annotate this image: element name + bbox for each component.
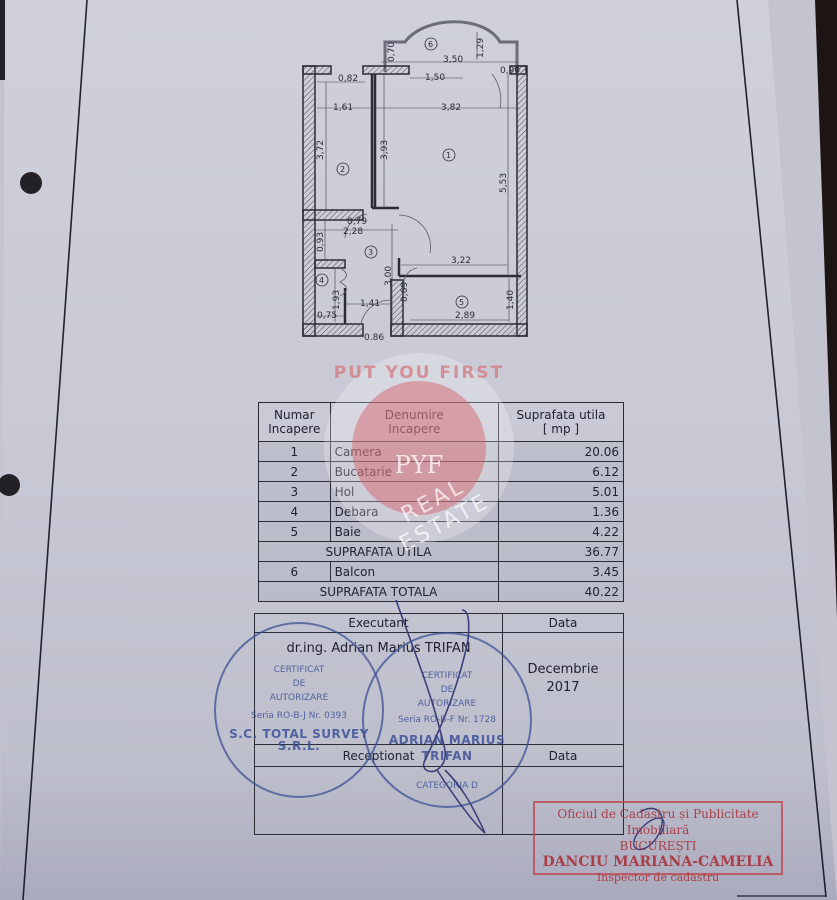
cell-area: 6.12 bbox=[498, 462, 623, 482]
table-row: 5 Baie 4.22 bbox=[259, 522, 624, 542]
subtotal-label: SUPRAFATA UTILA bbox=[259, 542, 499, 562]
dim-room-partial: 3,93 bbox=[380, 140, 390, 160]
dim-balcony-depth: 1,29 bbox=[476, 38, 486, 58]
cell-num: 5 bbox=[259, 522, 331, 542]
room-label-4: 4 bbox=[319, 276, 324, 285]
total-label: SUPRAFATA TOTALA bbox=[259, 582, 499, 602]
cell-name: Debara bbox=[330, 502, 498, 522]
dim-bath-length: 1,40 bbox=[506, 290, 516, 310]
ocpi-inspector-title: Inspector de cadastru bbox=[535, 870, 781, 886]
partitions bbox=[345, 74, 521, 324]
door-swings bbox=[340, 74, 501, 324]
header-room-area: Suprafata utila[ mp ] bbox=[498, 403, 623, 442]
room-label-2: 2 bbox=[340, 165, 345, 174]
table-row: 3 Hol 5.01 bbox=[259, 482, 624, 502]
dim-bath-top: 3,22 bbox=[451, 256, 471, 266]
cell-num: 4 bbox=[259, 502, 331, 522]
cell-area: 1.36 bbox=[498, 502, 623, 522]
cell-num: 1 bbox=[259, 442, 331, 462]
table-row: 2 Bucatarie 6.12 bbox=[259, 462, 624, 482]
dim-balcony-width: 3,50 bbox=[443, 55, 463, 65]
punch-hole-top bbox=[20, 172, 42, 194]
dim-bath-door: 0,69 bbox=[400, 282, 410, 302]
total-value: 40.22 bbox=[498, 582, 623, 602]
header-room-name: DenumireIncapere bbox=[330, 403, 498, 442]
dim-kitchen-width: 1,61 bbox=[333, 103, 353, 113]
room-label-3: 3 bbox=[368, 248, 373, 257]
cell-area: 5.01 bbox=[498, 482, 623, 502]
cell-area: 4.22 bbox=[498, 522, 623, 542]
dim-door-balcony: 0,90 bbox=[500, 66, 520, 76]
dim-hall-niche: 0,93 bbox=[316, 232, 326, 252]
ocpi-city: BUCUREȘTI bbox=[535, 838, 781, 854]
floor-plan: 0,82 1,50 0,90 3,50 1,61 3,82 3,72 3,93 … bbox=[295, 10, 545, 340]
table-row: 1 Camera 20.06 bbox=[259, 442, 624, 462]
subtotal-row: SUPRAFATA UTILA 36.77 bbox=[259, 542, 624, 562]
cell-name: Baie bbox=[330, 522, 498, 542]
date-label-executant: Data bbox=[503, 614, 624, 633]
total-row: SUPRAFATA TOTALA 40.22 bbox=[259, 582, 624, 602]
surveyor-stamp: CERTIFICAT DE AUTORIZARE Seria RO-B-F Nr… bbox=[362, 632, 532, 808]
cell-num: 2 bbox=[259, 462, 331, 482]
dim-hall-width: 2,28 bbox=[343, 227, 363, 237]
cell-area: 3.45 bbox=[498, 562, 623, 582]
ocpi-stamp: Oficiul de Cadastru și Publicitate Imobi… bbox=[533, 801, 783, 875]
dim-hall-length: 3,00 bbox=[384, 266, 394, 286]
dim-storage-length: 1,93 bbox=[332, 290, 342, 310]
dim-room-width: 3,82 bbox=[441, 103, 461, 113]
ocpi-office: Oficiul de Cadastru și Publicitate Imobi… bbox=[535, 806, 781, 838]
table-row-balcony: 6 Balcon 3.45 bbox=[259, 562, 624, 582]
dim-kitchen-length: 3,72 bbox=[316, 140, 326, 160]
header-room-number: NumarIncapere bbox=[259, 403, 331, 442]
ocpi-inspector-name: DANCIU MARIANA-CAMELIA bbox=[535, 854, 781, 870]
cell-name: Camera bbox=[330, 442, 498, 462]
room-label-6: 6 bbox=[428, 40, 433, 49]
cell-name: Balcon bbox=[330, 562, 498, 582]
room-label-5: 5 bbox=[459, 298, 464, 307]
dim-storage-width: 0,75 bbox=[317, 311, 337, 321]
dim-hall-bottom: 1,41 bbox=[360, 299, 380, 309]
dim-balcony-side: 0,70 bbox=[387, 42, 397, 62]
dim-kitchen-door: 0,79 bbox=[347, 217, 367, 227]
cell-area: 20.06 bbox=[498, 442, 623, 462]
dim-room-length: 5,53 bbox=[499, 173, 509, 193]
dim-window-kitchen: 0,82 bbox=[338, 74, 358, 84]
table-row: 4 Debara 1.36 bbox=[259, 502, 624, 522]
table-header-row: NumarIncapere DenumireIncapere Suprafata… bbox=[259, 403, 624, 442]
dim-bath-width: 2,89 bbox=[455, 311, 475, 321]
cell-name: Hol bbox=[330, 482, 498, 502]
cell-num: 6 bbox=[259, 562, 331, 582]
cell-num: 3 bbox=[259, 482, 331, 502]
room-area-table: NumarIncapere DenumireIncapere Suprafata… bbox=[258, 402, 624, 602]
subtotal-value: 36.77 bbox=[498, 542, 623, 562]
company-stamp: CERTIFICAT DE AUTORIZARE Seria RO-B-J Nr… bbox=[214, 622, 384, 798]
room-label-1: 1 bbox=[446, 151, 451, 160]
dim-window-room: 1,50 bbox=[425, 73, 445, 83]
cell-name: Bucatarie bbox=[330, 462, 498, 482]
dim-entrance-door: 0,86 bbox=[364, 333, 384, 340]
